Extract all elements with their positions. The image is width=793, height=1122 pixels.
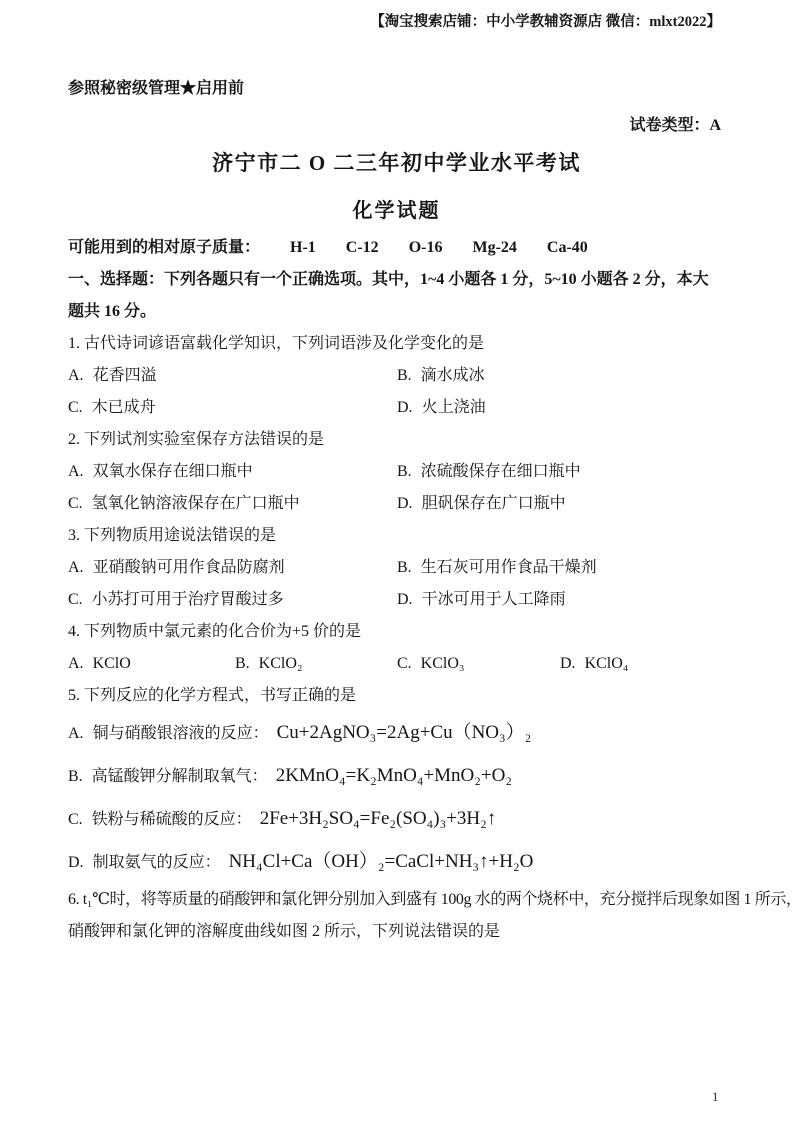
- section-header-line: 一、选择题：下列各题只有一个正确选项。其中，1~4 小题各 1 分，5~10 小…: [68, 264, 727, 296]
- security-note: 参照秘密级管理★启用前: [68, 75, 725, 98]
- option-b: B.KClO₂: [235, 648, 397, 680]
- option-label: C.: [397, 655, 412, 672]
- option-d: D.胆矾保存在广口瓶中: [397, 488, 727, 520]
- option-label: D.: [397, 399, 413, 416]
- option-b: B.浓硫酸保存在细口瓶中: [397, 456, 727, 488]
- option-text: KClO₃: [421, 655, 465, 672]
- option-c: C.小苏打可用于治疗胃酸过多: [68, 584, 397, 616]
- option-label: B.: [397, 559, 412, 576]
- chemical-equation: NH₄Cl+Ca（OH）₂=CaCl+NH₃↑+H₂O: [229, 851, 534, 872]
- option-text: 火上浇油: [422, 399, 486, 416]
- option-text: KClO: [93, 655, 131, 672]
- option-label: A.: [68, 463, 84, 480]
- question-stem: 1. 古代诗词谚语富载化学知识，下列词语涉及化学变化的是: [68, 328, 727, 360]
- exam-title: 济宁市二 O 二三年初中学业水平考试: [0, 147, 793, 177]
- option-text: 氢氧化钠溶液保存在广口瓶中: [92, 495, 300, 512]
- option-text: KClO₂: [259, 655, 303, 672]
- option-text: 生石灰可用作食品干燥剂: [421, 559, 597, 576]
- option-label: B.: [68, 768, 83, 785]
- option-c: C.木已成舟: [68, 392, 397, 424]
- option-c: C.铁粉与稀硫酸的反应：2Fe+3H₂SO₄=Fe₂(SO₄)₃+3H₂↑: [68, 798, 727, 841]
- option-a: A.亚硝酸钠可用作食品防腐剂: [68, 552, 397, 584]
- question-4: 4. 下列物质中氯元素的化合价为+5 价的是 A.KClO B.KClO₂ C.…: [68, 616, 727, 680]
- question-stem: 硝酸钾和氯化钾的溶解度曲线如图 2 所示，下列说法错误的是: [68, 916, 727, 948]
- page-number: 1: [712, 1089, 719, 1105]
- chemical-equation: 2KMnO₄=K₂MnO₄+MnO₂+O₂: [276, 765, 512, 786]
- option-text: 花香四溢: [93, 367, 157, 384]
- exam-subtitle: 化学试题: [0, 194, 793, 223]
- option-d: D.火上浇油: [397, 392, 727, 424]
- question-stem: 4. 下列物质中氯元素的化合价为+5 价的是: [68, 616, 727, 648]
- option-label: D.: [397, 591, 413, 608]
- option-text: KClO₄: [585, 655, 629, 672]
- exam-body: 可能用到的相对原子质量：H-1C-12O-16Mg-24Ca-40 一、选择题：…: [68, 234, 727, 948]
- option-text: 胆矾保存在广口瓶中: [422, 495, 566, 512]
- option-a: A.铜与硝酸银溶液的反应：Cu+2AgNO₃=2Ag+Cu（NO₃）₂: [68, 712, 727, 755]
- option-text: 浓硫酸保存在细口瓶中: [421, 463, 581, 480]
- option-label: D.: [560, 655, 576, 672]
- section-header-line: 题共 16 分。: [68, 296, 727, 328]
- atomic-mass-line: 可能用到的相对原子质量：H-1C-12O-16Mg-24Ca-40: [68, 234, 727, 257]
- question-options: A.亚硝酸钠可用作食品防腐剂 B.生石灰可用作食品干燥剂 C.小苏打可用于治疗胃…: [68, 552, 727, 616]
- question-5: 5. 下列反应的化学方程式，书写正确的是 A.铜与硝酸银溶液的反应：Cu+2Ag…: [68, 680, 727, 884]
- option-d: D.制取氨气的反应：NH₄Cl+Ca（OH）₂=CaCl+NH₃↑+H₂O: [68, 841, 727, 884]
- atomic-mass-value: O-16: [409, 239, 443, 256]
- option-description: 铁粉与稀硫酸的反应：: [92, 811, 252, 828]
- option-text: 木已成舟: [92, 399, 156, 416]
- question-options: A.KClO B.KClO₂ C.KClO₃ D.KClO₄: [68, 648, 727, 680]
- option-b: B.滴水成冰: [397, 360, 727, 392]
- atomic-mass-label: 可能用到的相对原子质量：: [68, 239, 260, 256]
- promo-banner: 【淘宝搜索店铺：中小学教辅资源店 微信：mlxt2022】: [0, 0, 793, 31]
- option-c: C.KClO₃: [397, 648, 560, 680]
- question-options: A.花香四溢 B.滴水成冰 C.木已成舟 D.火上浇油: [68, 360, 727, 424]
- question-stem: 6. t₁℃时，将等质量的硝酸钾和氯化钾分别加入到盛有 100g 水的两个烧杯中…: [68, 884, 727, 916]
- option-text: 滴水成冰: [421, 367, 485, 384]
- question-2: 2. 下列试剂实验室保存方法错误的是 A.双氧水保存在细口瓶中 B.浓硫酸保存在…: [68, 424, 727, 520]
- option-a: A.花香四溢: [68, 360, 397, 392]
- question-6: 6. t₁℃时，将等质量的硝酸钾和氯化钾分别加入到盛有 100g 水的两个烧杯中…: [68, 884, 727, 948]
- option-label: C.: [68, 399, 83, 416]
- question-1: 1. 古代诗词谚语富载化学知识，下列词语涉及化学变化的是 A.花香四溢 B.滴水…: [68, 328, 727, 424]
- option-text: 双氧水保存在细口瓶中: [93, 463, 253, 480]
- question-stem: 5. 下列反应的化学方程式，书写正确的是: [68, 680, 727, 712]
- question-stem: 3. 下列物质用途说法错误的是: [68, 520, 727, 552]
- question-3: 3. 下列物质用途说法错误的是 A.亚硝酸钠可用作食品防腐剂 B.生石灰可用作食…: [68, 520, 727, 616]
- section-header: 一、选择题：下列各题只有一个正确选项。其中，1~4 小题各 1 分，5~10 小…: [68, 264, 727, 328]
- chemical-equation: Cu+2AgNO₃=2Ag+Cu（NO₃）₂: [277, 722, 532, 743]
- question-options: A.双氧水保存在细口瓶中 B.浓硫酸保存在细口瓶中 C.氢氧化钠溶液保存在广口瓶…: [68, 456, 727, 520]
- option-d: D.KClO₄: [560, 648, 727, 680]
- atomic-mass-value: C-12: [346, 239, 379, 256]
- atomic-mass-value: H-1: [290, 239, 316, 256]
- option-text: 亚硝酸钠可用作食品防腐剂: [93, 559, 285, 576]
- option-label: C.: [68, 811, 83, 828]
- option-label: B.: [397, 367, 412, 384]
- option-label: C.: [68, 591, 83, 608]
- option-description: 制取氨气的反应：: [93, 854, 221, 871]
- option-label: A.: [68, 559, 84, 576]
- option-b: B.生石灰可用作食品干燥剂: [397, 552, 727, 584]
- option-label: C.: [68, 495, 83, 512]
- option-b: B.高锰酸钾分解制取氧气：2KMnO₄=K₂MnO₄+MnO₂+O₂: [68, 755, 727, 798]
- option-label: A.: [68, 655, 84, 672]
- option-text: 小苏打可用于治疗胃酸过多: [92, 591, 284, 608]
- chemical-equation: 2Fe+3H₂SO₄=Fe₂(SO₄)₃+3H₂↑: [260, 808, 497, 829]
- atomic-mass-value: Ca-40: [547, 239, 588, 256]
- option-text: 干冰可用于人工降雨: [422, 591, 566, 608]
- option-label: D.: [68, 854, 84, 871]
- option-description: 高锰酸钾分解制取氧气：: [92, 768, 268, 785]
- option-a: A.双氧水保存在细口瓶中: [68, 456, 397, 488]
- atomic-mass-value: Mg-24: [472, 239, 516, 256]
- option-label: D.: [397, 495, 413, 512]
- option-d: D.干冰可用于人工降雨: [397, 584, 727, 616]
- option-a: A.KClO: [68, 648, 235, 680]
- option-label: A.: [68, 367, 84, 384]
- paper-type: 试卷类型：A: [68, 112, 721, 135]
- question-stem: 2. 下列试剂实验室保存方法错误的是: [68, 424, 727, 456]
- option-c: C.氢氧化钠溶液保存在广口瓶中: [68, 488, 397, 520]
- option-label: B.: [235, 655, 250, 672]
- option-label: A.: [68, 725, 84, 742]
- option-label: B.: [397, 463, 412, 480]
- option-description: 铜与硝酸银溶液的反应：: [93, 725, 269, 742]
